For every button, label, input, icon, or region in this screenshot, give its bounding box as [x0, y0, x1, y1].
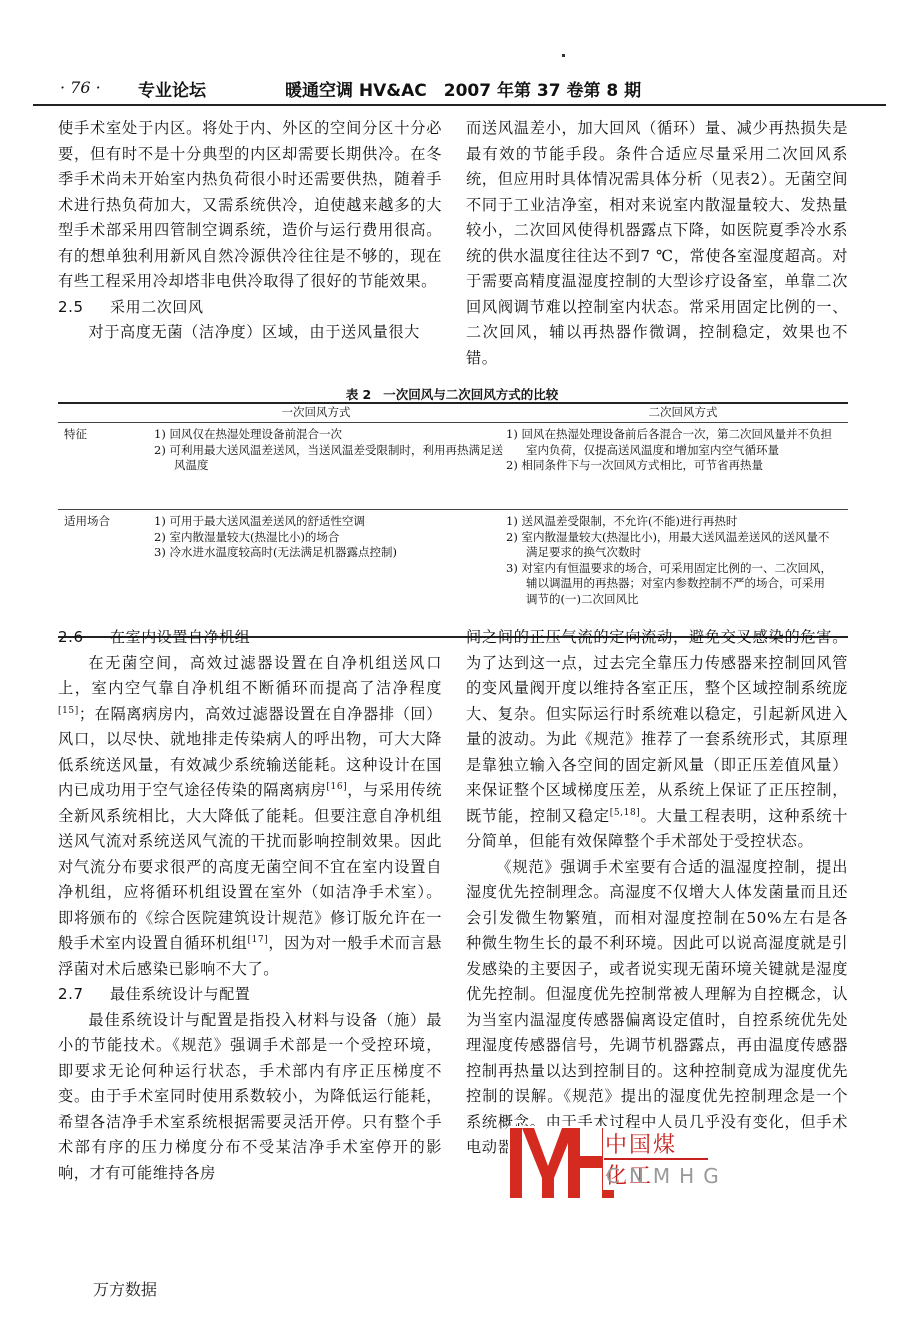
- list-item: 2) 室内散湿量较大(热湿比小)的场合: [154, 530, 506, 546]
- page-number: · 76 ·: [60, 78, 101, 97]
- citation: [15]: [58, 706, 79, 716]
- row-label: 适用场合: [58, 514, 148, 636]
- table-row: 适用场合 1) 可用于最大送风温差送风的舒适性空调 2) 室内散湿量较大(热湿比…: [58, 510, 848, 636]
- list-item: 1) 回风在热湿处理设备前后各混合一次，第二次回风量并不负担室内负荷，仅提高送风…: [506, 427, 836, 458]
- heading-2-6: 2.6在室内设置自净机组: [58, 625, 442, 651]
- paragraph: 最佳系统设计与配置是指投入材料与设备（施）最小的节能技术。《规范》强调手术部是一…: [58, 1008, 442, 1187]
- column-bottom-left: 2.6在室内设置自净机组 在无菌空间，高效过滤器设置在自净机组送风口上，室内空气…: [58, 625, 442, 1186]
- scan-speck: [562, 54, 565, 57]
- column-top-left: 使手术室处于内区。将处于内、外区的空间分区十分必要，但有时不是十分典型的内区却需…: [58, 116, 442, 346]
- heading-title: 最佳系统设计与配置: [110, 985, 250, 1003]
- paragraph: 间之间的正压气流的定向流动，避免交叉感染的危害。为了达到这一点，过去完全靠压力传…: [466, 625, 848, 855]
- header-cell: 二次回风方式: [518, 405, 848, 421]
- list-item: 2) 室内散湿量较大(热湿比小)，用最大送风温差送风的送风量不满足要求的换气次数…: [506, 530, 836, 561]
- primary-cell: 1) 回风仅在热湿处理设备前混合一次 2) 可利用最大送风温差送风，当送风温差受…: [148, 427, 506, 509]
- heading-title: 采用二次回风: [110, 298, 204, 316]
- watermark-logo: 中国煤化工 CNMHG: [508, 1126, 700, 1204]
- heading-number: 2.7: [58, 982, 110, 1008]
- journal-info: 暖通空调 HV&AC 2007 年第 37 卷第 8 期: [285, 76, 641, 101]
- mh-logo-icon: [508, 1126, 618, 1200]
- text-run: 间之间的正压气流的定向流动，避免交叉感染的危害。为了达到这一点，过去完全靠压力传…: [466, 628, 848, 825]
- running-header: · 76 · 专业论坛 暖通空调 HV&AC 2007 年第 37 卷第 8 期: [60, 76, 880, 102]
- table-caption: 表 2一次回风与二次回风方式的比较: [0, 385, 904, 403]
- citation: [5,18]: [610, 808, 641, 818]
- table-header-row: 一次回风方式 二次回风方式: [58, 404, 848, 422]
- comparison-table: 一次回风方式 二次回风方式 特征 1) 回风仅在热湿处理设备前混合一次 2) 可…: [58, 402, 848, 638]
- list-item: 3) 冷水进水温度较高时(无法满足机器露点控制): [154, 545, 506, 561]
- list-item: 1) 回风仅在热湿处理设备前混合一次: [154, 427, 506, 443]
- paragraph: 在无菌空间，高效过滤器设置在自净机组送风口上，室内空气靠自净机组不断循环而提高了…: [58, 651, 442, 983]
- paragraph: 使手术室处于内区。将处于内、外区的空间分区十分必要，但有时不是十分典型的内区却需…: [58, 116, 442, 295]
- secondary-cell: 1) 回风在热湿处理设备前后各混合一次，第二次回风量并不负担室内负荷，仅提高送风…: [506, 427, 836, 509]
- header-rule: [33, 104, 886, 106]
- paragraph: 而送风温差小，加大回风（循环）量、减少再热损失是最有效的节能手段。条件合适应尽量…: [466, 116, 848, 371]
- text-run: ，与采用传统全新风系统相比，大大降低了能耗。但要注意自净机组送风气流对系统送风气…: [58, 781, 442, 952]
- table-row: 特征 1) 回风仅在热湿处理设备前混合一次 2) 可利用最大送风温差送风，当送风…: [58, 423, 848, 509]
- row-label: 特征: [58, 427, 148, 509]
- column-bottom-right: 间之间的正压气流的定向流动，避免交叉感染的危害。为了达到这一点，过去完全靠压力传…: [466, 625, 848, 1161]
- heading-2-5: 2.5采用二次回风: [58, 295, 442, 321]
- citation: [16]: [326, 782, 347, 792]
- heading-number: 2.6: [58, 625, 110, 651]
- table-title: 一次回风与二次回风方式的比较: [383, 387, 558, 402]
- paragraph: 对于高度无菌（洁净度）区域，由于送风量很大: [58, 320, 442, 346]
- heading-title: 在室内设置自净机组: [110, 628, 250, 646]
- section-name: 专业论坛: [138, 76, 206, 101]
- heading-2-7: 2.7最佳系统设计与配置: [58, 982, 442, 1008]
- primary-cell: 1) 可用于最大送风温差送风的舒适性空调 2) 室内散湿量较大(热湿比小)的场合…: [148, 514, 506, 636]
- source-label: 万方数据: [93, 1277, 157, 1300]
- list-item: 1) 送风温差受限制，不允许(不能)进行再热时: [506, 514, 836, 530]
- list-item: 3) 对室内有恒温要求的场合，可采用固定比例的一、二次回风，辅以调温用的再热器；…: [506, 561, 836, 608]
- header-cell: 一次回风方式: [114, 405, 518, 421]
- list-item: 1) 可用于最大送风温差送风的舒适性空调: [154, 514, 506, 530]
- heading-number: 2.5: [58, 295, 110, 321]
- table-number: 表 2: [346, 387, 372, 402]
- watermark-rule: [604, 1158, 708, 1160]
- list-item: 2) 相同条件下与一次回风方式相比，可节省再热量: [506, 458, 836, 474]
- column-top-right: 而送风温差小，加大回风（循环）量、减少再热损失是最有效的节能手段。条件合适应尽量…: [466, 116, 848, 371]
- paragraph: 《规范》强调手术室要有合适的温湿度控制，提出湿度优先控制理念。高湿度不仅增大人体…: [466, 855, 848, 1161]
- text-run: 在无菌空间，高效过滤器设置在自净机组送风口上，室内空气靠自净机组不断循环而提高了…: [58, 654, 442, 698]
- list-item: 2) 可利用最大送风温差送风，当送风温差受限制时，利用再热满足送风温度: [154, 443, 506, 474]
- citation: [17]: [247, 935, 268, 945]
- watermark-english: CNMHG: [606, 1164, 728, 1188]
- secondary-cell: 1) 送风温差受限制，不允许(不能)进行再热时 2) 室内散湿量较大(热湿比小)…: [506, 514, 836, 636]
